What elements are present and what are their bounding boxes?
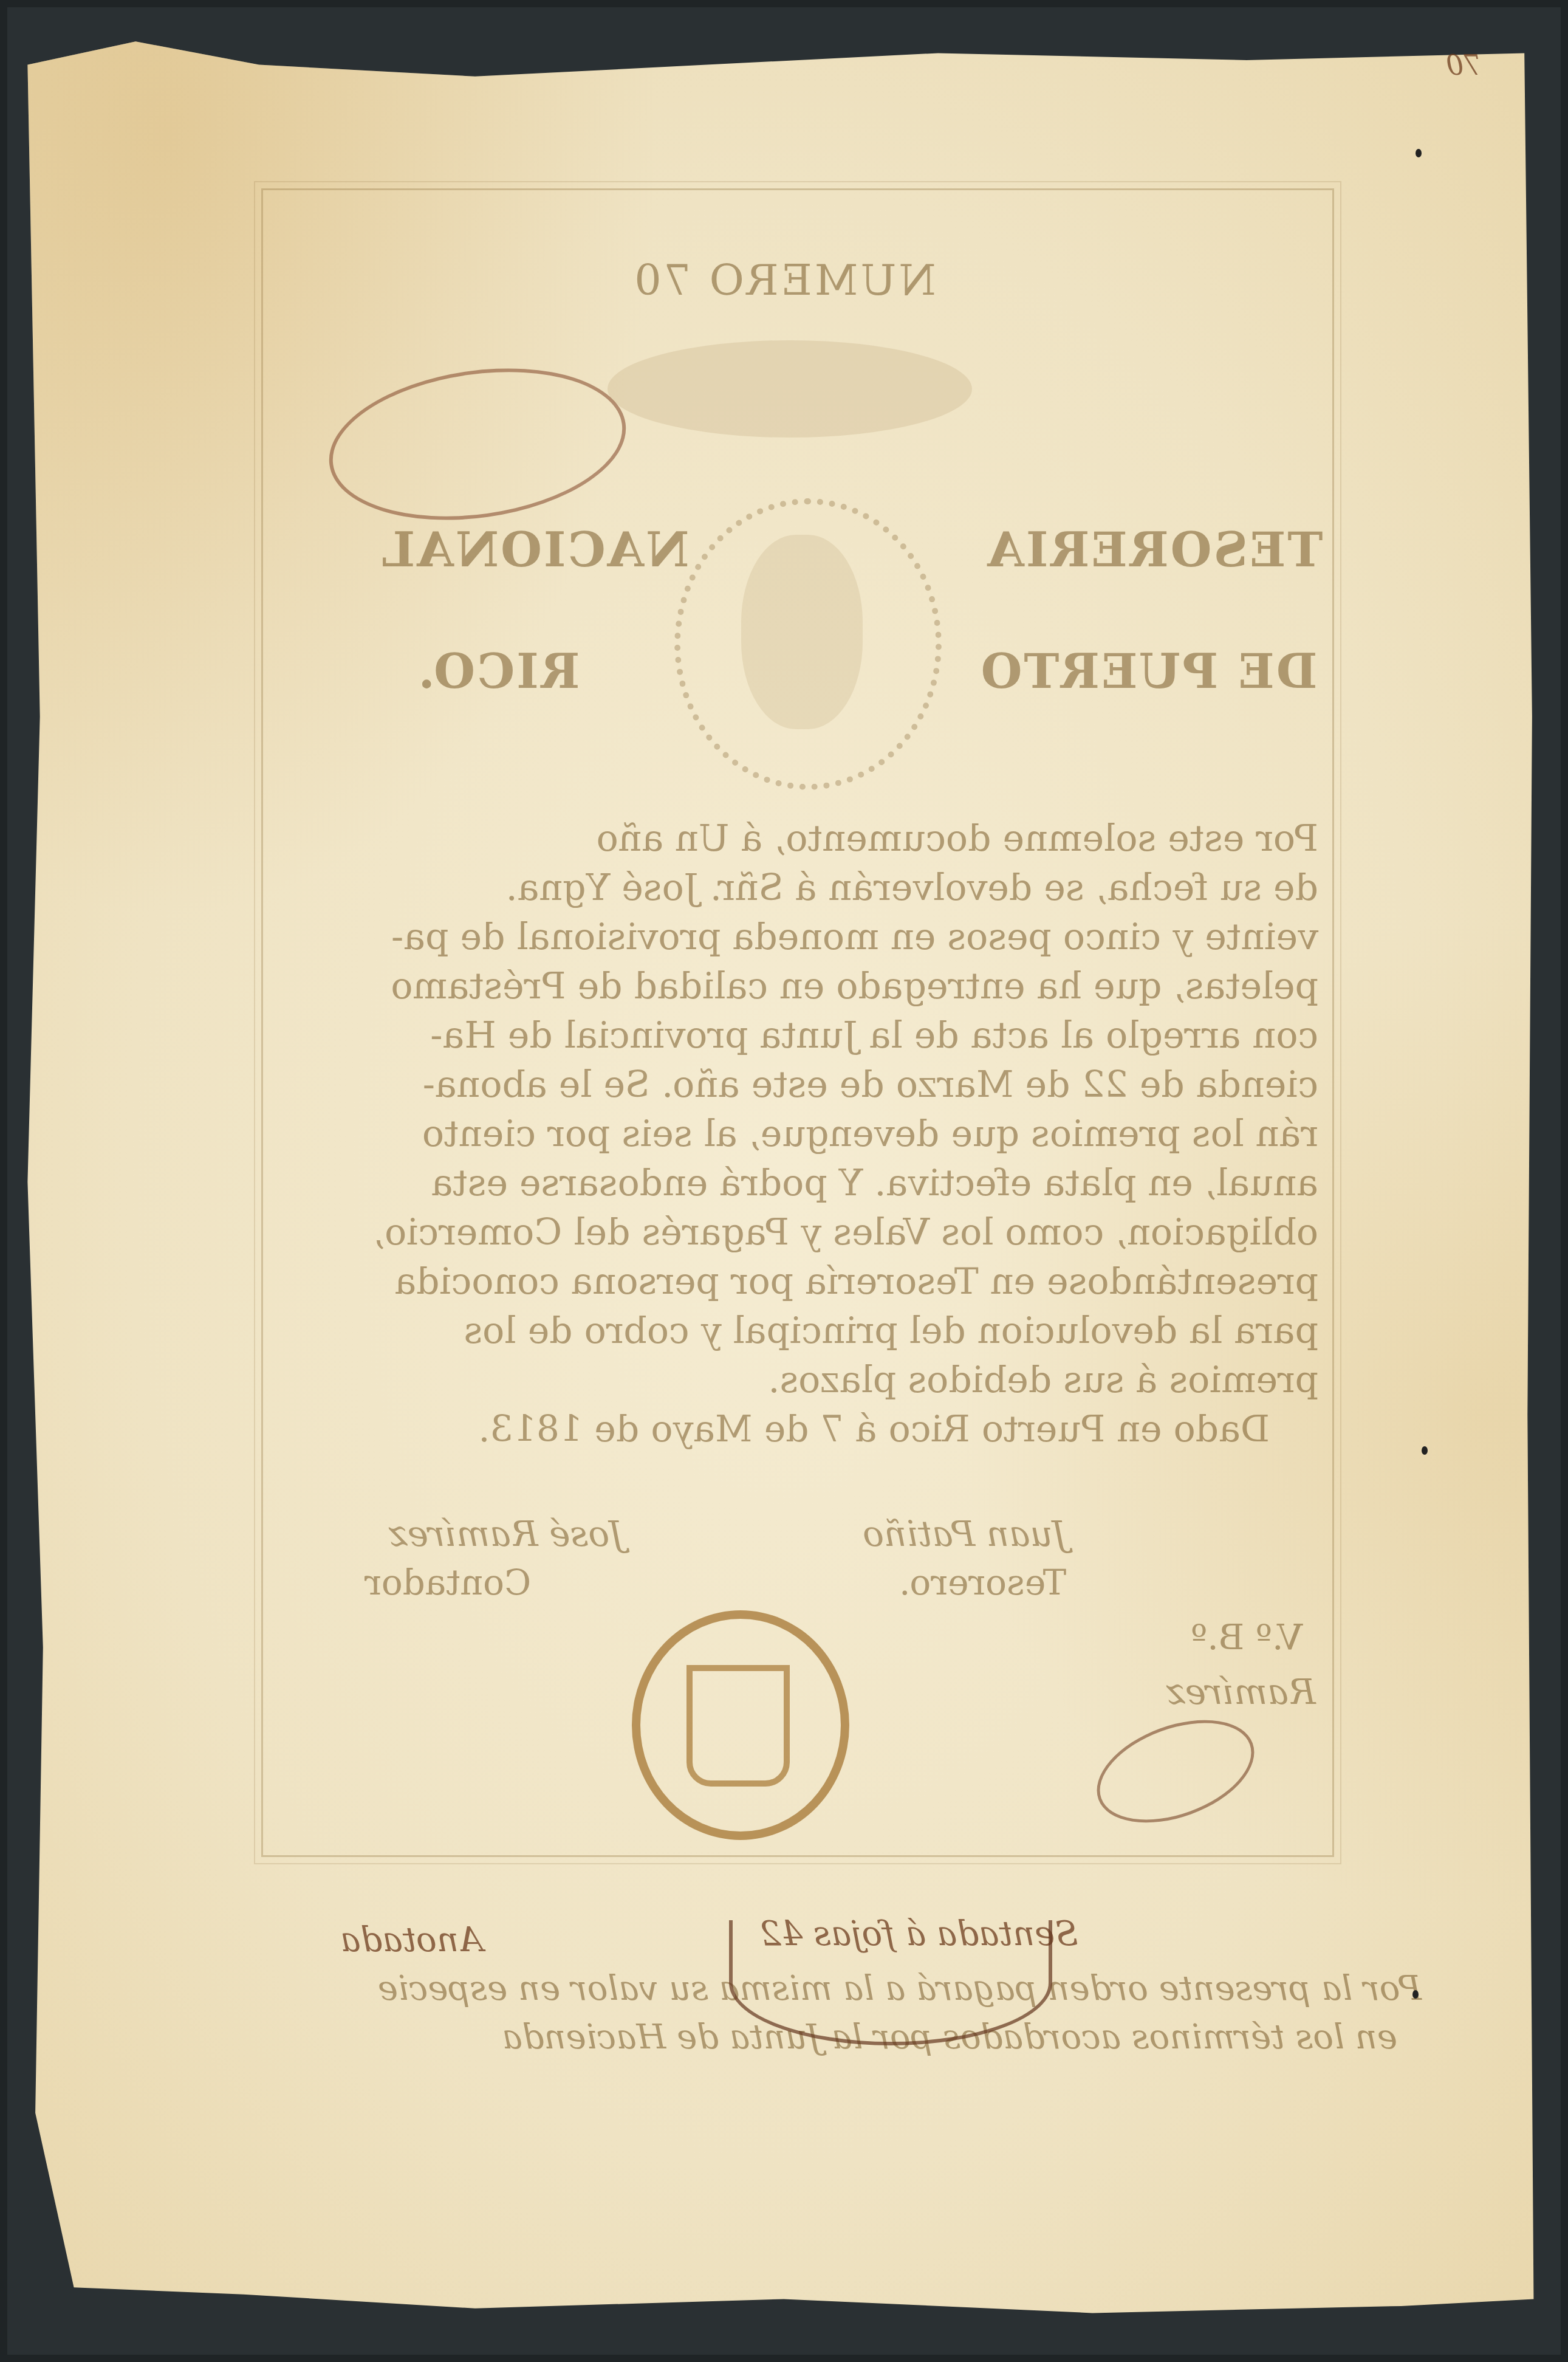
date-line: Dado en Puerto Rico á 7 de Mayo de 1813.	[286, 1405, 1318, 1454]
accountant-title: Contador	[365, 1562, 531, 1603]
foxing-spot	[1412, 1990, 1419, 1999]
header-nacional: NACIONAL	[377, 523, 693, 578]
body-line: obligacion, como los Vales y Pagarés del…	[286, 1208, 1318, 1257]
body-line: cienda de 22 de Marzo de este año. Se le…	[286, 1060, 1318, 1110]
body-line: presentándose en Tesorería por persona c…	[286, 1257, 1318, 1306]
header-rico: RICO.	[377, 644, 620, 699]
header-de-puerto: DE PUERTO	[954, 644, 1343, 699]
body-line: Por este solemne documento, á Un año	[286, 814, 1318, 863]
coat-of-arms-icon	[686, 1665, 790, 1787]
document-number: NUMERO 70	[0, 255, 1568, 305]
ornament-icon	[608, 340, 972, 438]
body-line: con arreglo al acta de la Junta provinci…	[286, 1011, 1318, 1060]
body-line: anual, en plata efectiva. Y podrá endosa…	[286, 1159, 1318, 1208]
body-text: Por este solemne documento, á Un año de …	[286, 814, 1318, 1454]
treasurer-title: Tesorero.	[899, 1562, 1066, 1603]
endorsement-anotada: Anotada	[340, 1920, 483, 1960]
vobo-signature: Ramírez	[1166, 1671, 1316, 1712]
body-line: de su fecha, se devolverán á Sñr. José Y…	[286, 863, 1318, 913]
endorsement-flourish-icon	[729, 1920, 1052, 2045]
foxing-spot	[1422, 1446, 1428, 1455]
body-line: para la devolucion del principal y cobro…	[286, 1306, 1318, 1356]
body-line: rán los premios que devengue, al seis po…	[286, 1110, 1318, 1159]
header-tesoreria: TESORERIA	[972, 523, 1337, 578]
vobo-label: V.º B.º	[1191, 1616, 1303, 1658]
accountant-signature: José Ramírez	[389, 1513, 623, 1554]
corner-note: 70	[1446, 49, 1482, 81]
body-line: peletas, que ha entregado en calidad de …	[286, 962, 1318, 1011]
body-line: premios á sus debidos plazos.	[286, 1356, 1318, 1405]
treasurer-signature: Juan Patiño	[863, 1513, 1067, 1554]
body-line: veinte y cinco pesos en moneda provision…	[286, 913, 1318, 962]
portrait-medallion-icon	[741, 535, 863, 729]
foxing-spot	[1416, 149, 1422, 157]
